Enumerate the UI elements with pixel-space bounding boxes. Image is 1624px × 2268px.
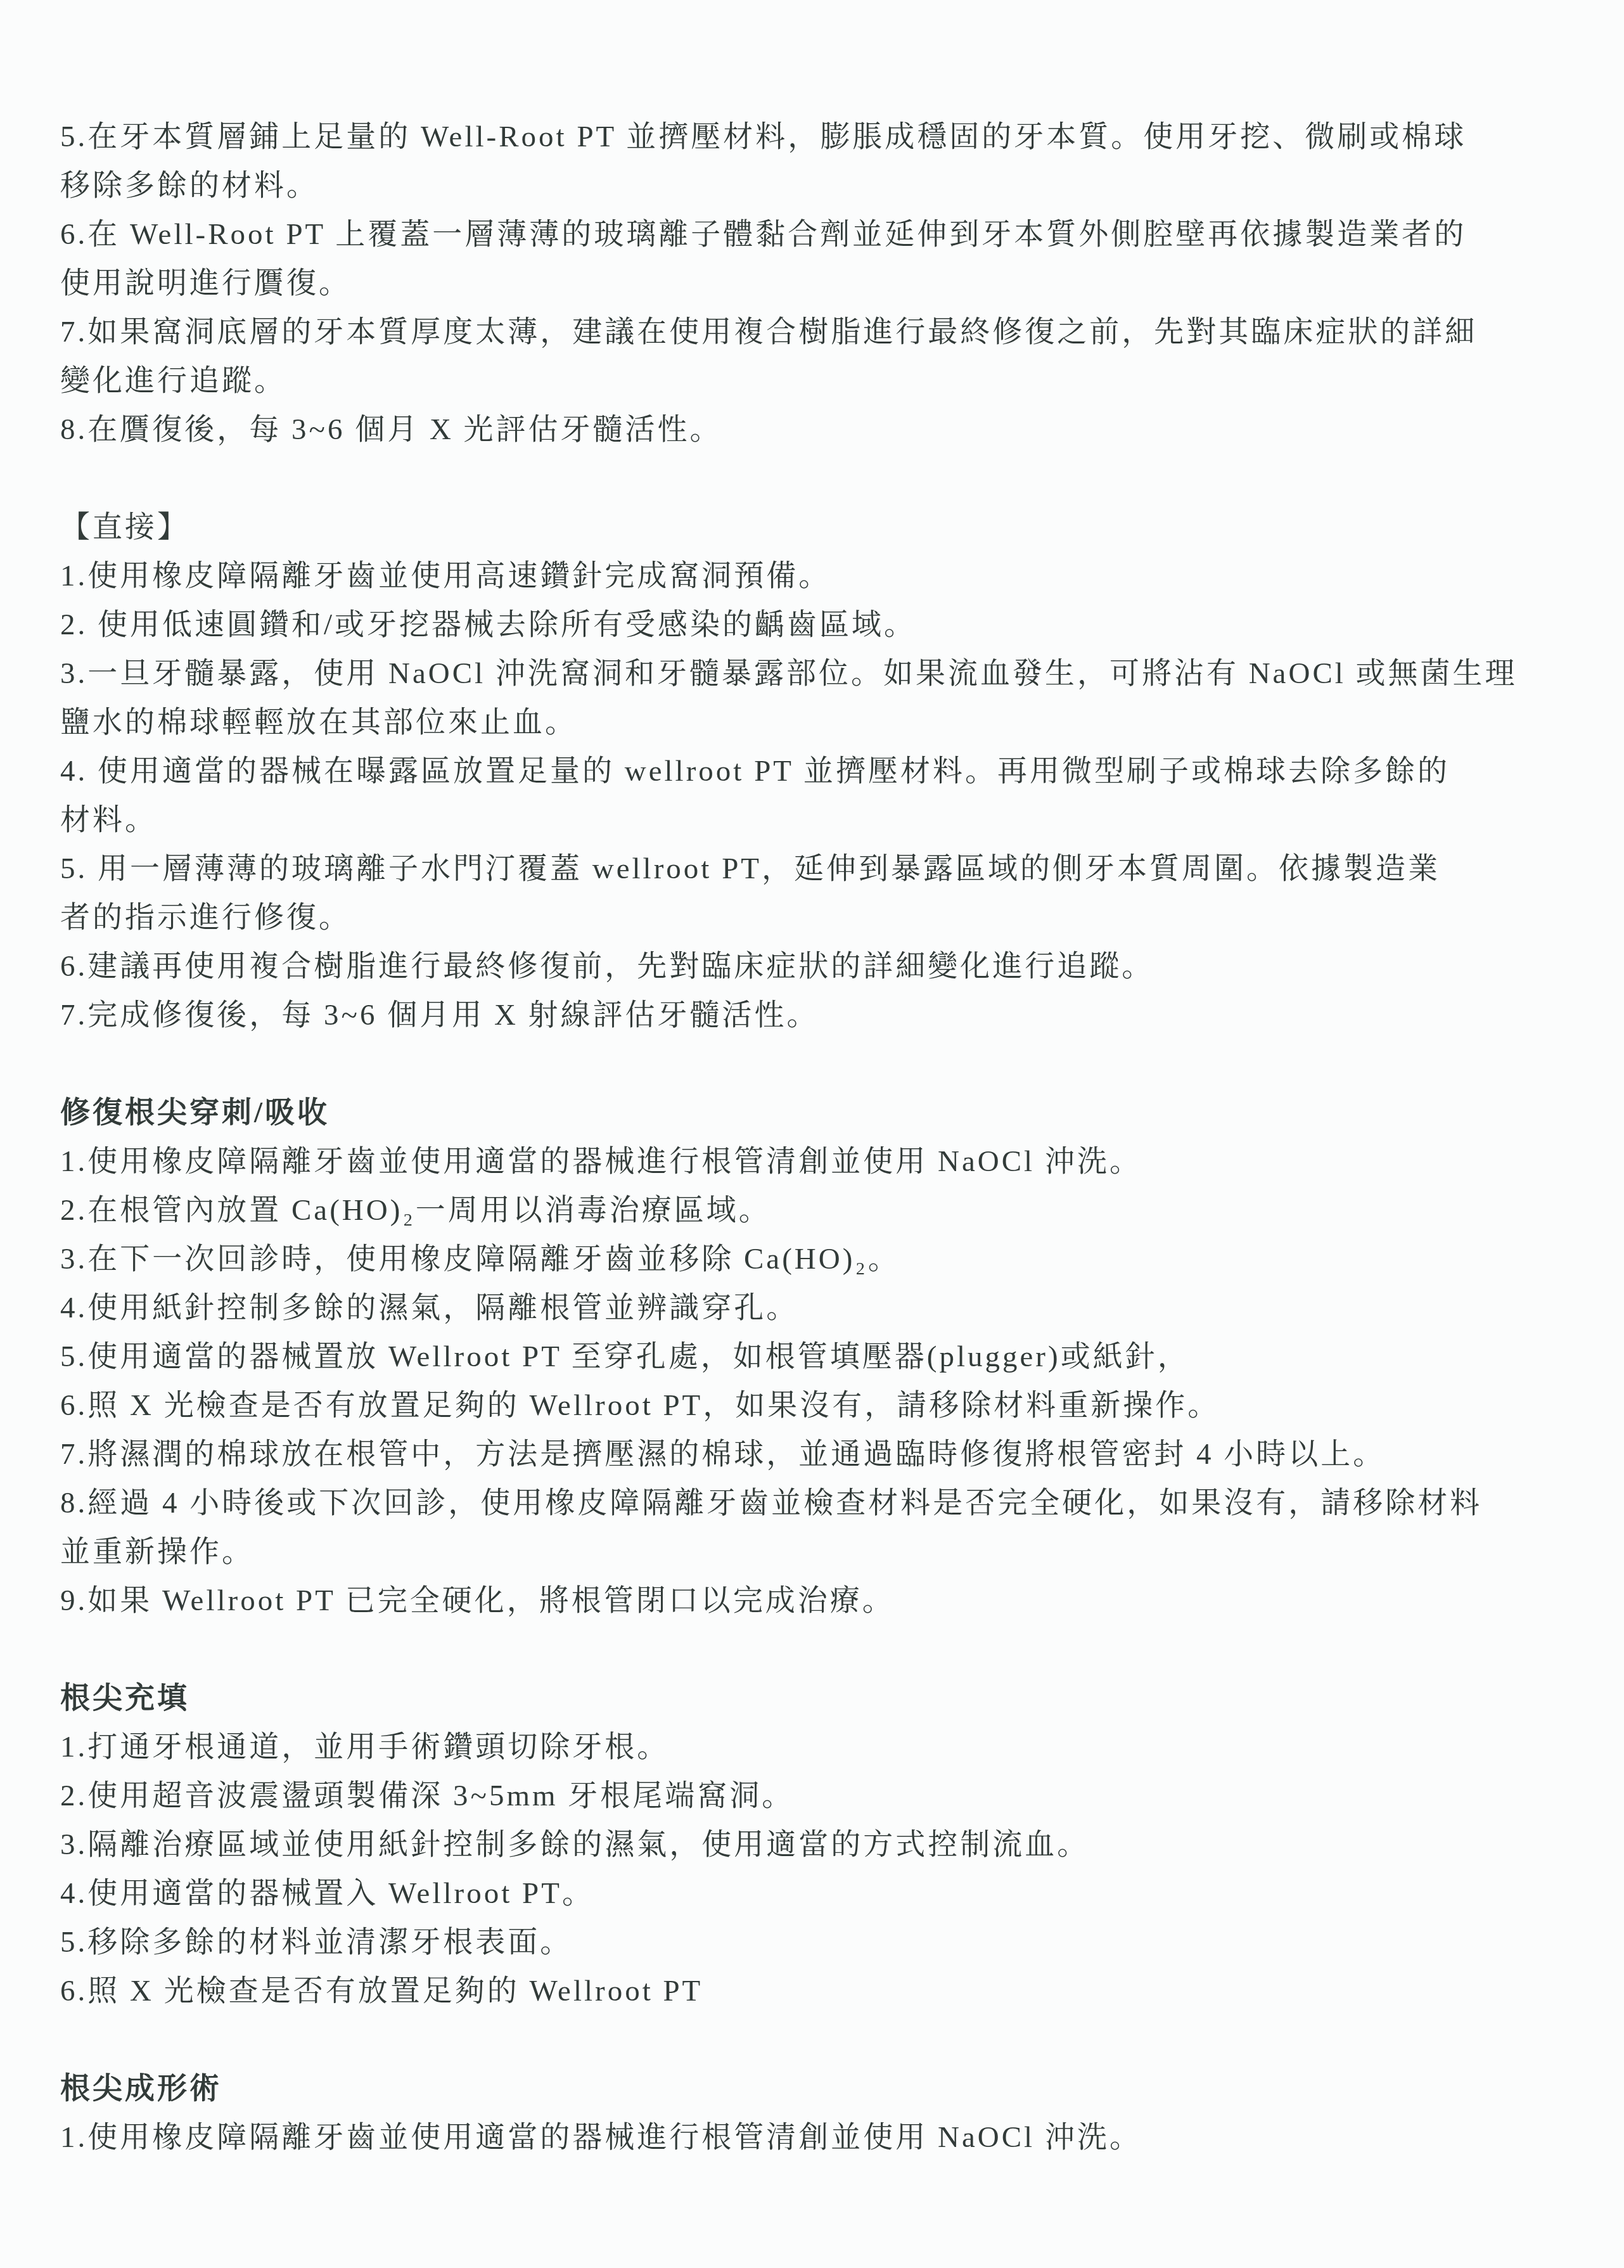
text-line: 者的指示進行修復。 [60, 894, 1573, 942]
text-line: 並重新操作。 [60, 1528, 1573, 1577]
section-header-direct: 【直接】 [60, 503, 1573, 552]
text-line: 3.在下一次回診時，使用橡皮障隔離牙齒並移除 Ca(HO)₂。 [60, 1235, 1573, 1284]
text-line: 7.將濕潤的棉球放在根管中，方法是擠壓濕的棉球，並通過臨時修復將根管密封 4 小… [60, 1430, 1573, 1479]
document-page: 5.在牙本質層鋪上足量的 Well-Root PT 並擠壓材料，膨脹成穩固的牙本… [0, 0, 1624, 2268]
section-repair-perforation-resorption: 修復根尖穿刺/吸收 1.使用橡皮障隔離牙齒並使用適當的器械進行根管清創並使用 N… [60, 1089, 1573, 1625]
section-apical-filling: 根尖充填 1.打通牙根通道，並用手術鑽頭切除牙根。 2.使用超音波震盪頭製備深 … [60, 1674, 1573, 2016]
text-line: 3.一旦牙髓暴露，使用 NaOCl 沖洗窩洞和牙髓暴露部位。如果流血發生，可將沾… [60, 650, 1573, 698]
text-line: 1.使用橡皮障隔離牙齒並使用適當的器械進行根管清創並使用 NaOCl 沖洗。 [60, 1137, 1573, 1186]
text-line: 4.使用適當的器械置入 Wellroot PT。 [60, 1869, 1573, 1918]
text-line: 4. 使用適當的器械在曝露區放置足量的 wellroot PT 並擠壓材料。再用… [60, 747, 1573, 796]
text-line: 8.在贋復後，每 3~6 個月 X 光評估牙髓活性。 [60, 406, 1573, 454]
section-header-apexification: 根尖成形術 [60, 2065, 1573, 2113]
text-line: 6.照 X 光檢查是否有放置足夠的 Wellroot PT，如果沒有，請移除材料… [60, 1381, 1573, 1430]
section-header-repair-perforation: 修復根尖穿刺/吸收 [60, 1089, 1573, 1137]
text-line: 2. 使用低速圓鑽和/或牙挖器械去除所有受感染的齲齒區域。 [60, 601, 1573, 650]
text-line: 5.在牙本質層鋪上足量的 Well-Root PT 並擠壓材料，膨脹成穩固的牙本… [60, 113, 1573, 162]
text-line: 8.經過 4 小時後或下次回診，使用橡皮障隔離牙齒並檢查材料是否完全硬化，如果沒… [60, 1479, 1573, 1528]
text-line: 1.使用橡皮障隔離牙齒並使用適當的器械進行根管清創並使用 NaOCl 沖洗。 [60, 2113, 1573, 2162]
text-line: 使用說明進行贋復。 [60, 259, 1573, 308]
text-line: 5.移除多餘的材料並清潔牙根表面。 [60, 1918, 1573, 1967]
text-line: 7.完成修復後，每 3~6 個月用 X 射線評估牙髓活性。 [60, 991, 1573, 1040]
text-line: 6.照 X 光檢查是否有放置足夠的 Wellroot PT [60, 1967, 1573, 2016]
text-line: 6.在 Well-Root PT 上覆蓋一層薄薄的玻璃離子體黏合劑並延伸到牙本質… [60, 210, 1573, 259]
text-line: 材料。 [60, 796, 1573, 845]
section-header-apical-filling: 根尖充填 [60, 1674, 1573, 1723]
text-line: 4.使用紙針控制多餘的濕氣，隔離根管並辨識穿孔。 [60, 1284, 1573, 1333]
text-line: 移除多餘的材料。 [60, 162, 1573, 210]
text-line: 6.建議再使用複合樹脂進行最終修復前，先對臨床症狀的詳細變化進行追蹤。 [60, 942, 1573, 991]
text-line: 2.在根管內放置 Ca(HO)₂一周用以消毒治療區域。 [60, 1186, 1573, 1235]
text-line: 1.打通牙根通道，並用手術鑽頭切除牙根。 [60, 1723, 1573, 1772]
section-direct: 【直接】 1.使用橡皮障隔離牙齒並使用高速鑽針完成窩洞預備。 2. 使用低速圓鑽… [60, 503, 1573, 1040]
text-line: 7.如果窩洞底層的牙本質厚度太薄，建議在使用複合樹脂進行最終修復之前，先對其臨床… [60, 308, 1573, 357]
text-line: 3.隔離治療區域並使用紙針控制多餘的濕氣，使用適當的方式控制流血。 [60, 1821, 1573, 1869]
text-line: 變化進行追蹤。 [60, 357, 1573, 406]
text-line: 鹽水的棉球輕輕放在其部位來止血。 [60, 698, 1573, 747]
text-line: 1.使用橡皮障隔離牙齒並使用高速鑽針完成窩洞預備。 [60, 552, 1573, 601]
text-line: 9.如果 Wellroot PT 已完全硬化，將根管閉口以完成治療。 [60, 1577, 1573, 1625]
text-line: 5. 用一層薄薄的玻璃離子水門汀覆蓋 wellroot PT，延伸到暴露區域的側… [60, 845, 1573, 894]
section-apexification: 根尖成形術 1.使用橡皮障隔離牙齒並使用適當的器械進行根管清創並使用 NaOCl… [60, 2065, 1573, 2162]
section-indirect-steps: 5.在牙本質層鋪上足量的 Well-Root PT 並擠壓材料，膨脹成穩固的牙本… [60, 113, 1573, 454]
text-line: 2.使用超音波震盪頭製備深 3~5mm 牙根尾端窩洞。 [60, 1772, 1573, 1821]
text-line: 5.使用適當的器械置放 Wellroot PT 至穿孔處，如根管填壓器(plug… [60, 1333, 1573, 1381]
